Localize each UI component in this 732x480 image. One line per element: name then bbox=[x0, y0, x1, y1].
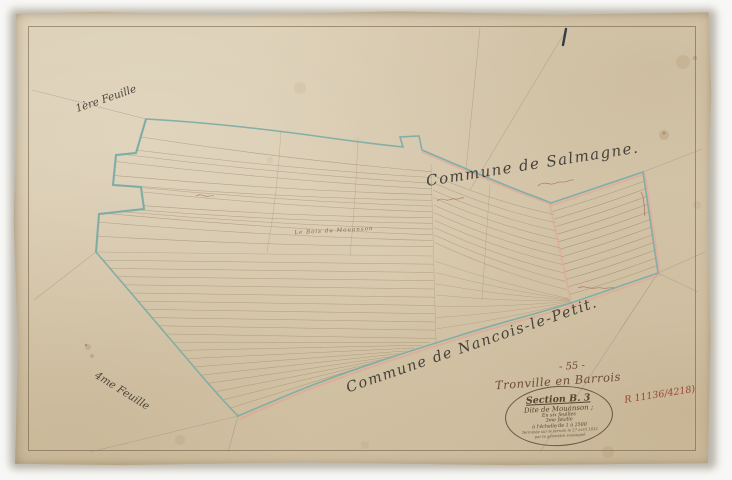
map-paper bbox=[13, 11, 712, 466]
cartouche-surveyor-note: par le géomètre soussigné bbox=[535, 433, 586, 440]
scanned-cadastral-map-sheet: 1ère Feuille Commune de Salmagne. Le Boi… bbox=[0, 0, 732, 480]
